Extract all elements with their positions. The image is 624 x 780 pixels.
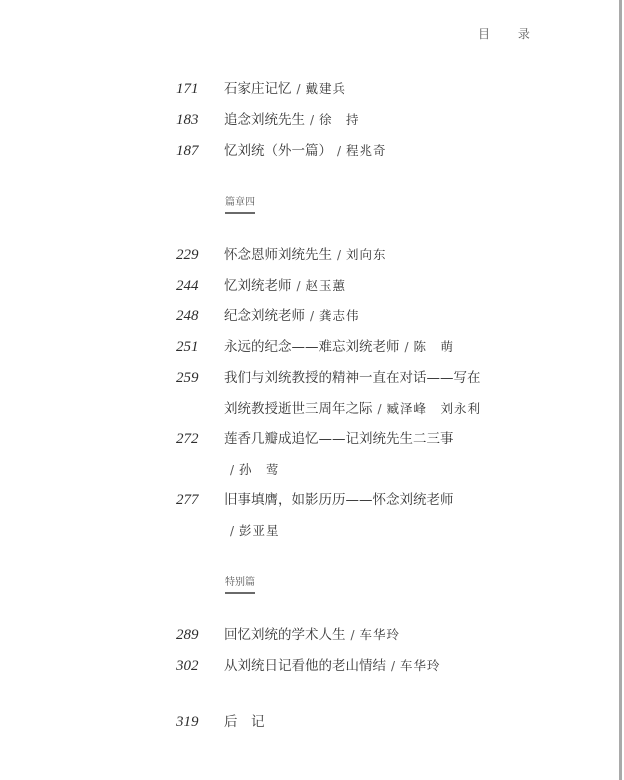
entry-title-continuation: 刘统教授逝世三周年之际: [224, 401, 373, 417]
entry-author: 程兆奇: [346, 143, 387, 158]
page-number: 319: [176, 711, 216, 733]
entry-title: 怀念恩师刘统先生: [224, 247, 332, 263]
entry-author: 彭亚星: [239, 523, 280, 538]
separator: /: [305, 113, 319, 127]
entry-author: 孙 莺: [239, 462, 280, 477]
entry-title: 纪念刘统老师: [224, 308, 305, 324]
page-number: 187: [176, 140, 216, 162]
section-label-special: 特别篇: [225, 576, 255, 594]
entry-title: 旧事填膺，如影历历——怀念刘统老师: [224, 489, 454, 511]
page-number: 259: [176, 367, 216, 389]
book-page: 目 录 171 石家庄记忆/戴建兵 183 追念刘统先生/徐 持 187 忆刘统…: [0, 0, 619, 780]
entry-title: 忆刘统（外一篇）: [224, 143, 332, 159]
entry-title-line: 怀念恩师刘统先生/刘向东: [224, 244, 387, 266]
entry-title-line: 纪念刘统老师/龚志伟: [224, 305, 360, 327]
entry-title-line: 从刘统日记看他的老山情结/车华玲: [224, 655, 441, 677]
entry-author: 臧泽峰 刘永利: [387, 401, 482, 416]
entry-title-line: 永远的纪念——难忘刘统老师/陈 萌: [224, 336, 454, 358]
entry-title-line: 回忆刘统的学术人生/车华玲: [224, 624, 400, 646]
entry-continuation-line: /孙 莺: [230, 459, 280, 481]
entry-continuation-line: /彭亚星: [230, 520, 280, 542]
page-number: 302: [176, 655, 216, 677]
separator: /: [373, 402, 387, 416]
separator: /: [386, 659, 400, 673]
entry-title: 忆刘统老师: [224, 278, 292, 294]
entry-title: 回忆刘统的学术人生: [224, 627, 346, 643]
entry-title-line: 忆刘统（外一篇）/程兆奇: [224, 140, 387, 162]
entry-author: 陈 萌: [414, 339, 455, 354]
entry-author: 徐 持: [319, 112, 360, 127]
page-number: 229: [176, 244, 216, 266]
separator: /: [292, 82, 306, 96]
separator: /: [230, 463, 239, 477]
entry-author: 龚志伟: [319, 308, 360, 323]
entry-author: 戴建兵: [306, 81, 347, 96]
entry-author: 赵玉蕙: [306, 278, 347, 293]
entry-title-line: 石家庄记忆/戴建兵: [224, 78, 346, 100]
section-label-chapter-four: 篇章四: [225, 196, 255, 214]
page-number: 277: [176, 489, 216, 511]
separator: /: [305, 309, 319, 323]
page-number: 251: [176, 336, 216, 358]
entry-title: 从刘统日记看他的老山情结: [224, 658, 386, 674]
page-number: 183: [176, 109, 216, 131]
page-number: 244: [176, 275, 216, 297]
separator: /: [332, 144, 346, 158]
page-number: 171: [176, 78, 216, 100]
separator: /: [400, 340, 414, 354]
entry-title: 石家庄记忆: [224, 81, 292, 97]
page-number: 289: [176, 624, 216, 646]
separator: /: [230, 524, 239, 538]
page-number: 272: [176, 428, 216, 450]
entry-title: 后 记: [224, 711, 265, 733]
separator: /: [346, 628, 360, 642]
separator: /: [292, 279, 306, 293]
entry-author: 刘向东: [346, 247, 387, 262]
entry-continuation-line: 刘统教授逝世三周年之际/臧泽峰 刘永利: [224, 398, 481, 420]
entry-title: 永远的纪念——难忘刘统老师: [224, 339, 400, 355]
entry-author: 车华玲: [400, 658, 441, 673]
entry-title-line: 忆刘统老师/赵玉蕙: [224, 275, 346, 297]
running-head-contents: 目 录: [478, 25, 542, 42]
entry-title: 莲香几瓣成追忆——记刘统先生二三事: [224, 428, 454, 450]
separator: /: [332, 248, 346, 262]
page-number: 248: [176, 305, 216, 327]
entry-title: 追念刘统先生: [224, 112, 305, 128]
entry-title: 我们与刘统教授的精神一直在对话——写在: [224, 367, 481, 389]
entry-author: 车华玲: [360, 627, 401, 642]
entry-title-line: 追念刘统先生/徐 持: [224, 109, 360, 131]
